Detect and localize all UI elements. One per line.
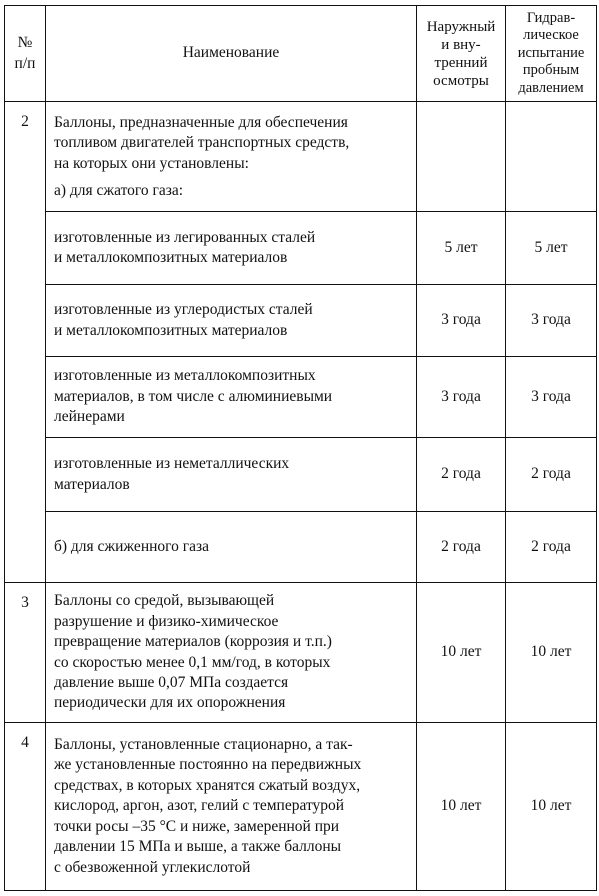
- row-description: б) для сжиженного газа: [46, 512, 417, 583]
- header-number: № п/п: [5, 6, 46, 102]
- text-line: превращение материалов (коррозия и т.п.): [54, 632, 410, 652]
- header-line: пробным: [506, 62, 596, 80]
- text-line: лейнерами: [54, 407, 410, 427]
- external-internal-value: 2 года: [417, 512, 506, 583]
- header-line: и вну-: [417, 36, 505, 54]
- table-row: изготовленные из металлокомпозитных мате…: [5, 357, 597, 438]
- text-line: с обезвоженной углекислотой: [54, 858, 410, 878]
- text-line: изготовленные из легированных сталей: [54, 228, 410, 248]
- inspection-schedule-table: № п/п Наименование Наружный и вну- тренн…: [4, 5, 597, 891]
- text-line: изготовленные из неметаллических: [54, 454, 410, 474]
- external-internal-value: 2 года: [417, 438, 506, 512]
- table-row: 2 Баллоны, предназначенные для обеспечен…: [5, 102, 597, 212]
- header-external-internal: Наружный и вну- тренний осмотры: [417, 6, 506, 102]
- text-line: изготовленные из углеродистых сталей: [54, 300, 410, 320]
- header-line: испытание: [506, 45, 596, 63]
- text-line: Баллоны, установленные стационарно, а та…: [54, 735, 410, 755]
- hydraulic-value: 10 лет: [506, 723, 597, 891]
- text-line: материалов, в том числе с алюминиевыми: [54, 387, 410, 407]
- header-line: давлением: [506, 80, 596, 98]
- hydraulic-value: 3 года: [506, 357, 597, 438]
- text-line: разрушение и физико-химическое: [54, 612, 410, 632]
- text-line: точки росы –35 °С и ниже, замеренной при: [54, 817, 410, 837]
- text-line: б) для сжиженного газа: [54, 537, 410, 557]
- external-internal-value: 3 года: [417, 285, 506, 357]
- text-line: средствах, в которых хранятся сжатый воз…: [54, 776, 410, 796]
- table-row: 3 Баллоны со средой, вызывающей разрушен…: [5, 583, 597, 723]
- subheading: а) для сжатого газа:: [54, 181, 410, 201]
- hydraulic-value: 5 лет: [506, 212, 597, 285]
- row-number: 2: [5, 102, 46, 583]
- header-hydraulic-test: Гидрав- лическое испытание пробным давле…: [506, 6, 597, 102]
- header-line: тренний: [417, 54, 505, 72]
- header-line: Наружный: [417, 18, 505, 36]
- text-line: и металлокомпозитных материалов: [54, 248, 410, 268]
- text-line: же установленные постоянно на передвижны…: [54, 755, 410, 775]
- header-line: лическое: [506, 27, 596, 45]
- text-line: и металлокомпозитных материалов: [54, 321, 410, 341]
- text-line: изготовленные из металлокомпозитных: [54, 366, 410, 386]
- row-description: Баллоны со средой, вызывающей разрушение…: [46, 583, 417, 723]
- table-row: 4 Баллоны, установленные стационарно, а …: [5, 723, 597, 891]
- text-line: на которых они установлены:: [54, 154, 410, 174]
- external-internal-value: 5 лет: [417, 212, 506, 285]
- table-row: изготовленные из неметаллических материа…: [5, 438, 597, 512]
- text-line: давление выше 0,07 МПа создается: [54, 673, 410, 693]
- text-line: материалов: [54, 475, 410, 495]
- text-line: топливом двигателей транспортных средств…: [54, 133, 410, 153]
- hydraulic-value: 2 года: [506, 438, 597, 512]
- row-description: Баллоны, предназначенные для обеспечения…: [46, 102, 417, 212]
- hydraulic-value: 10 лет: [506, 583, 597, 723]
- external-internal-value: 10 лет: [417, 583, 506, 723]
- row-description: Баллоны, установленные стационарно, а та…: [46, 723, 417, 891]
- table-header-row: № п/п Наименование Наружный и вну- тренн…: [5, 6, 597, 102]
- text-line: периодически для их опорожнения: [54, 693, 410, 713]
- table-row: изготовленные из углеродистых сталей и м…: [5, 285, 597, 357]
- external-internal-value: [417, 102, 506, 212]
- header-line: Гидрав-: [506, 10, 596, 28]
- row-description: изготовленные из углеродистых сталей и м…: [46, 285, 417, 357]
- text-line: кислород, аргон, азот, гелий с температу…: [54, 796, 410, 816]
- hydraulic-value: [506, 102, 597, 212]
- header-line: осмотры: [417, 72, 505, 90]
- row-description: изготовленные из неметаллических материа…: [46, 438, 417, 512]
- external-internal-value: 10 лет: [417, 723, 506, 891]
- row-description: изготовленные из легированных сталей и м…: [46, 212, 417, 285]
- header-number-line: п/п: [5, 54, 45, 74]
- external-internal-value: 3 года: [417, 357, 506, 438]
- text-line: давлении 15 МПа и выше, а также баллоны: [54, 837, 410, 857]
- row-description: изготовленные из металлокомпозитных мате…: [46, 357, 417, 438]
- header-number-line: №: [5, 33, 45, 53]
- hydraulic-value: 2 года: [506, 512, 597, 583]
- text-line: со скоростью менее 0,1 мм/год, в которых: [54, 653, 410, 673]
- header-name: Наименование: [46, 6, 417, 102]
- text-line: Баллоны, предназначенные для обеспечения: [54, 113, 410, 133]
- hydraulic-value: 3 года: [506, 285, 597, 357]
- row-number: 4: [5, 723, 46, 891]
- row-number: 3: [5, 583, 46, 723]
- table-row: изготовленные из легированных сталей и м…: [5, 212, 597, 285]
- table-row: б) для сжиженного газа 2 года 2 года: [5, 512, 597, 583]
- text-line: Баллоны со средой, вызывающей: [54, 591, 410, 611]
- inspection-schedule-table-container: № п/п Наименование Наружный и вну- тренн…: [4, 5, 596, 891]
